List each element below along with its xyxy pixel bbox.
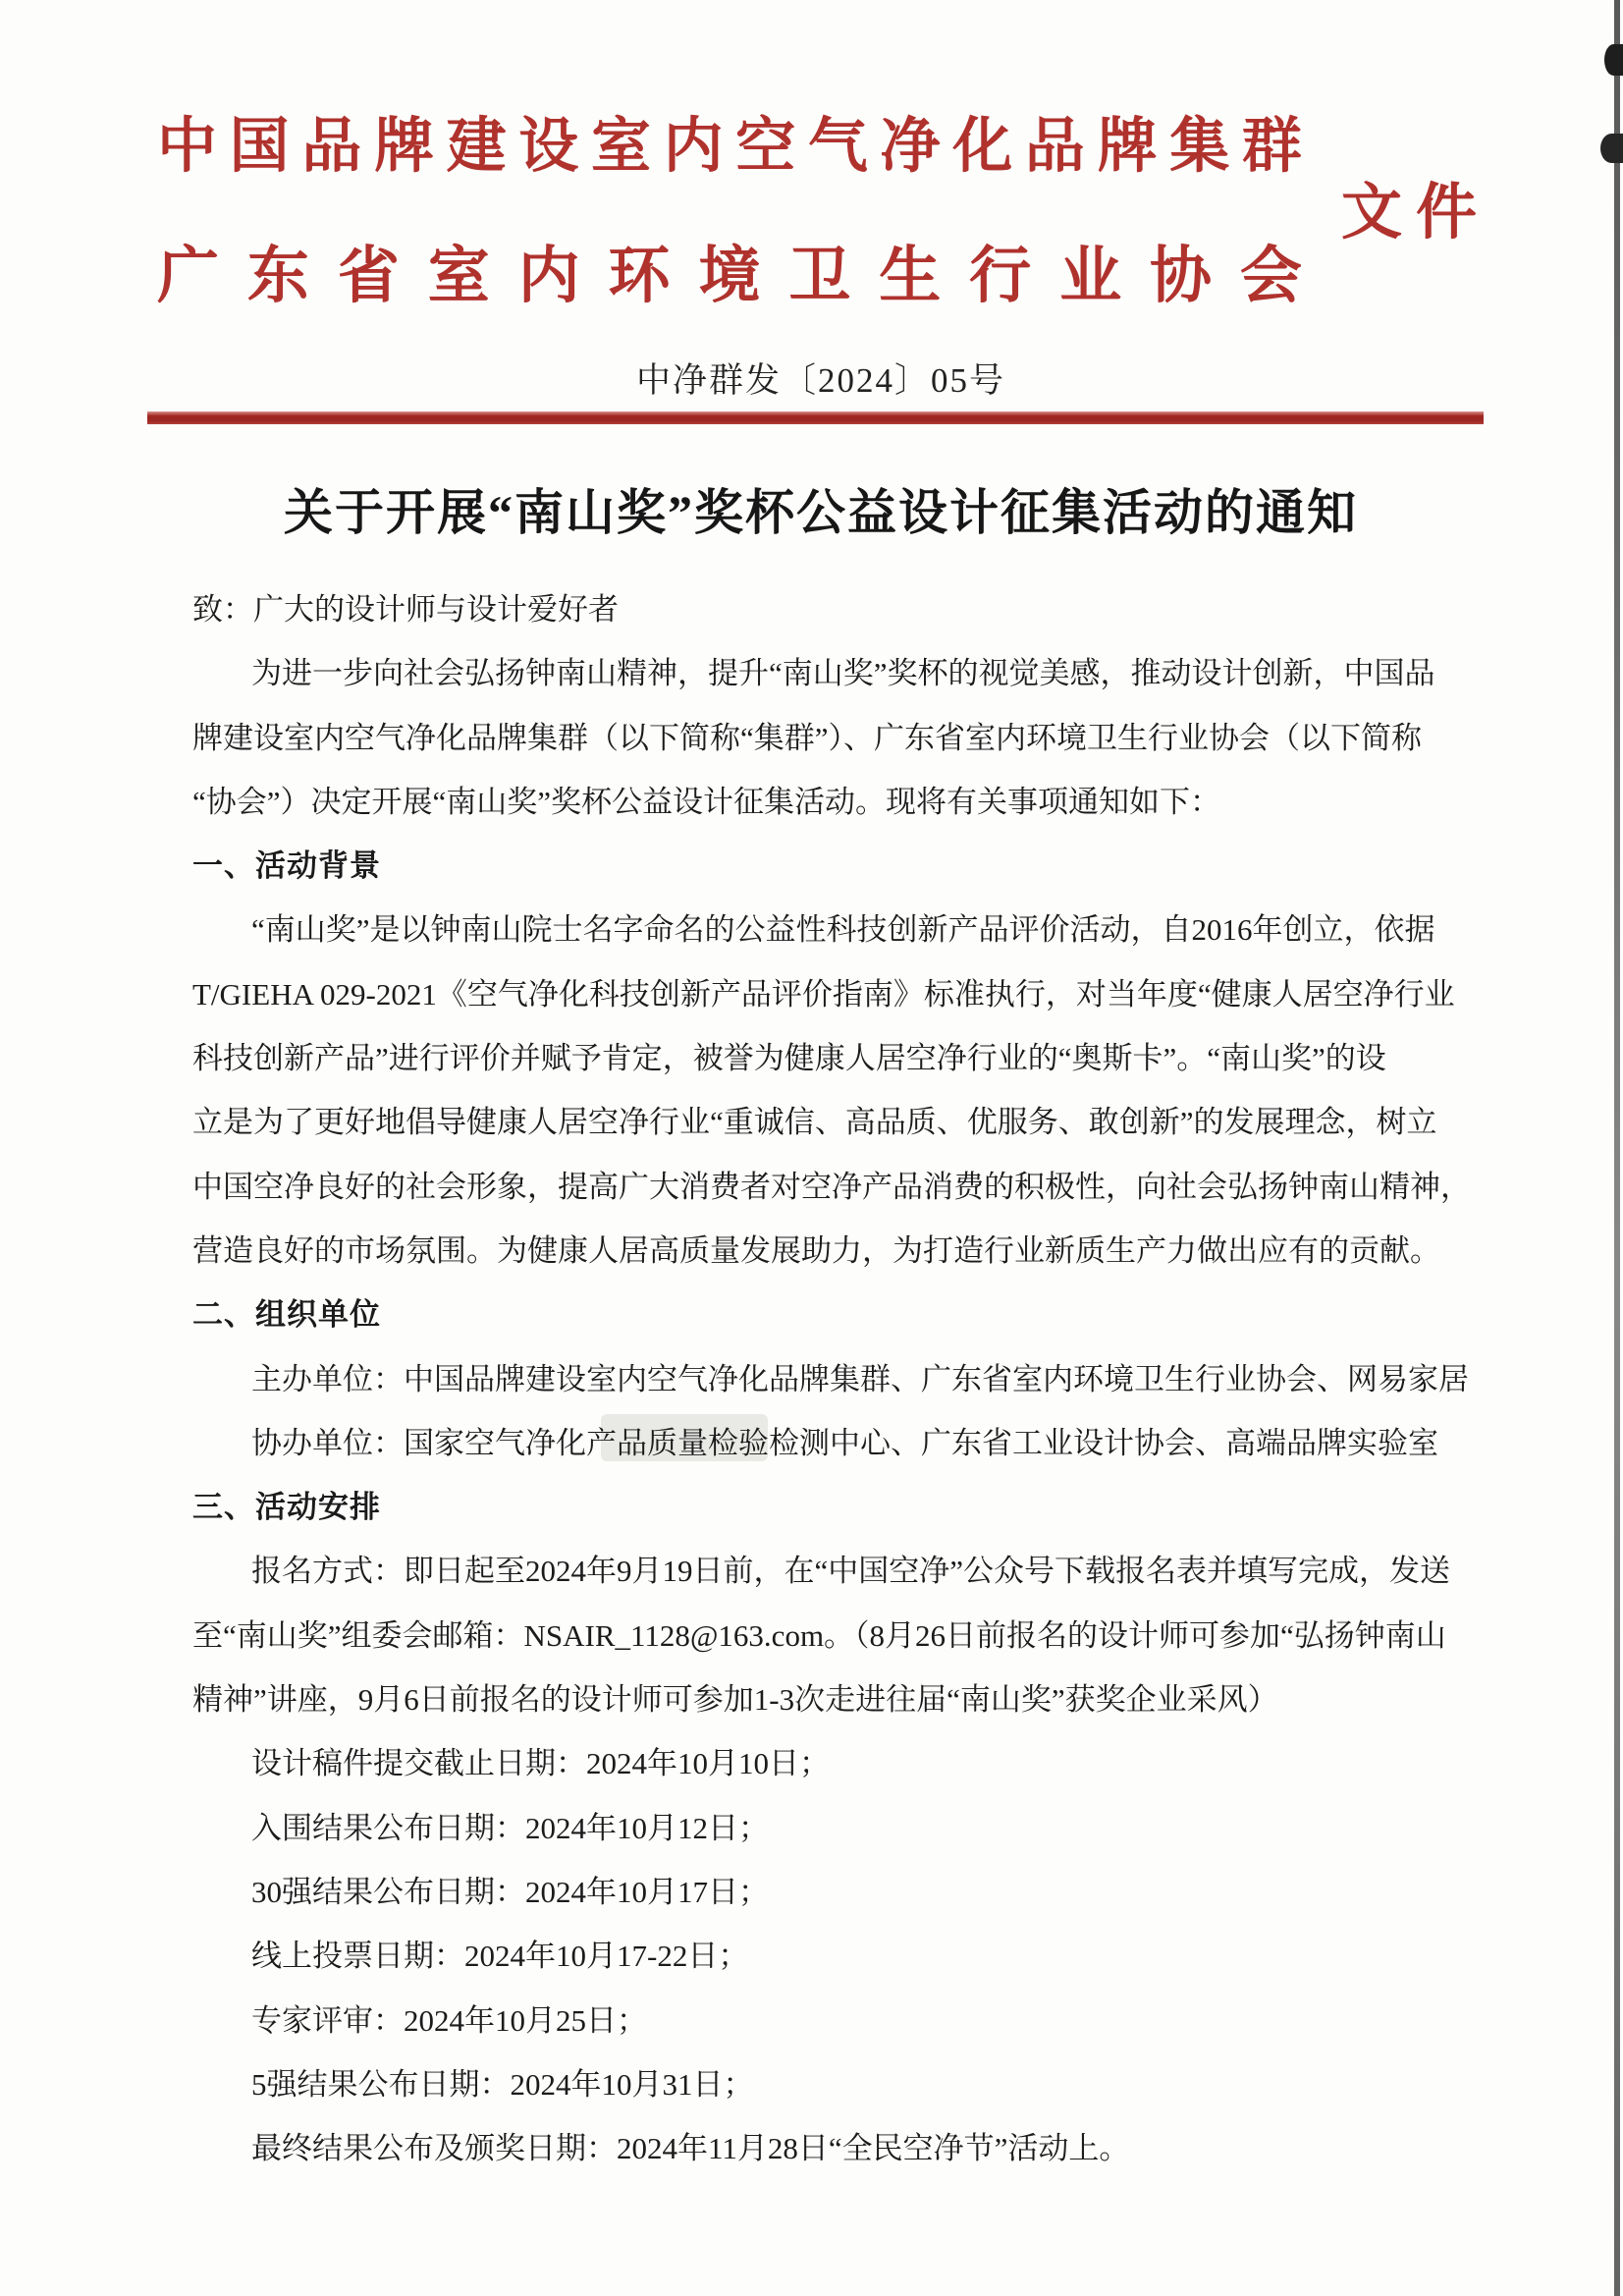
scan-blob-artifact [1604,44,1623,76]
scan-blob-artifact [1600,134,1623,163]
letterhead-file-label: 文件 [1341,163,1490,250]
body-line: 立是为了更好地倡导健康人居空净行业“重诚信、高品质、优服务、敢创新”的发展理念，… [192,1090,1488,1154]
red-divider-rule [147,411,1484,424]
body-line: 中国空净良好的社会形象，提高广大消费者对空净产品消费的积极性，向社会弘扬钟南山精… [192,1155,1488,1219]
body-line: 为进一步向社会弘扬钟南山精神，提升“南山奖”奖杯的视觉美感，推动设计创新，中国品 [192,641,1488,705]
scan-edge-artifact [1614,0,1620,2296]
body-line: 30强结果公布日期：2024年10月17日； [192,1860,1488,1924]
body-line: 协办单位：国家空气净化产品质量检验检测中心、广东省工业设计协会、高端品牌实验室 [192,1411,1488,1475]
body-line: T/GIEHA 029-2021《空气净化科技创新产品评价指南》标准执行，对当年… [192,962,1488,1026]
scanned-notice-document: 中国品牌建设室内空气净化品牌集群 广东省室内环境卫生行业协会 文件 中净群发〔2… [0,0,1623,2296]
document-number: 中净群发〔2024〕05号 [147,354,1494,403]
body-line: “南山奖”是以钟南山院士名字命名的公益性科技创新产品评价活动，自2016年创立，… [192,898,1488,961]
body-line: 报名方式：即日起至2024年9月19日前，在“中国空净”公众号下载报名表并填写完… [192,1539,1488,1603]
section-heading: 一、活动背景 [192,834,1488,898]
section-heading: 三、活动安排 [192,1475,1488,1539]
body-line: 专家评审：2024年10月25日； [192,1989,1488,2052]
body-line: 牌建设室内空气净化品牌集群（以下简称“集群”）、广东省室内环境卫生行业协会（以下… [192,706,1488,770]
body-line: 主办单位：中国品牌建设室内空气净化品牌集群、广东省室内环境卫生行业协会、网易家居 [192,1347,1488,1411]
notice-body: 致：广大的设计师与设计爱好者 为进一步向社会弘扬钟南山精神，提升“南山奖”奖杯的… [192,577,1488,2180]
body-line: “协会”）决定开展“南山奖”奖杯公益设计征集活动。现将有关事项通知如下： [192,770,1488,834]
body-line: 最终结果公布及颁奖日期：2024年11月28日“全民空净节”活动上。 [192,2116,1488,2180]
letterhead-org-line2: 广东省室内环境卫生行业协会 [157,226,1302,297]
body-line: 至“南山奖”组委会邮箱：NSAIR_1128@163.com。（8月26日前报名… [192,1604,1488,1667]
body-line: 线上投票日期：2024年10月17-22日； [192,1924,1488,1988]
body-line: 致：广大的设计师与设计爱好者 [192,577,1488,641]
letterhead-org-line1: 中国品牌建设室内空气净化品牌集群 [157,98,1302,167]
body-line: 科技创新产品”进行评价并赋予肯定，被誉为健康人居空净行业的“奥斯卡”。“南山奖”… [192,1026,1488,1090]
section-heading: 二、组织单位 [192,1283,1488,1346]
body-line: 入围结果公布日期：2024年10月12日； [192,1796,1488,1860]
body-line: 5强结果公布日期：2024年10月31日； [192,2052,1488,2116]
body-line: 营造良好的市场氛围。为健康人居高质量发展助力，为打造行业新质生产力做出应有的贡献… [192,1219,1488,1283]
body-line: 设计稿件提交截止日期：2024年10月10日； [192,1731,1488,1795]
notice-title: 关于开展“南山奖”奖杯公益设计征集活动的通知 [147,473,1494,544]
body-line: 精神”讲座，9月6日前报名的设计师可参加1-3次走进往届“南山奖”获奖企业采风） [192,1667,1488,1731]
